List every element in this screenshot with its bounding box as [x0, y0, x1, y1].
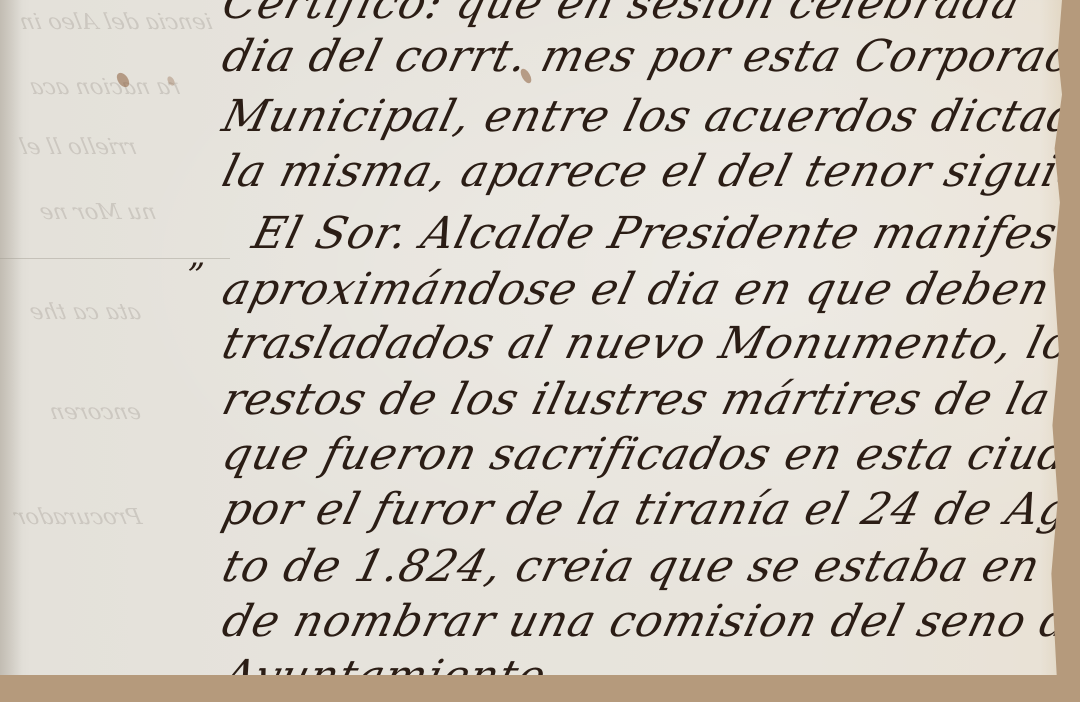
manuscript-line: dia del corrt. mes por esta Corporacion — [218, 35, 1080, 79]
manuscript-line: de nombrar una comision del seno del — [218, 600, 1080, 644]
manuscript-line: trasladados al nuevo Monumento, los — [218, 322, 1080, 366]
ink-stain — [114, 71, 131, 90]
manuscript-line: El Sor. Alcalde Presidente manifestó; qu… — [248, 212, 1080, 256]
opening-quote-mark: „ — [188, 235, 206, 275]
manuscript-line: aproximándose el dia en que deben ser — [218, 268, 1080, 312]
manuscript-line: restos de los ilustres mártires de la Li… — [218, 378, 1080, 422]
manuscript-line: Certifico: que en sesion celebrada — [218, 0, 1025, 26]
manuscript-line: la misma, aparece el del tenor siguiente… — [218, 150, 1080, 194]
bleed-through-text: Procurador — [12, 505, 144, 530]
bleed-through-text: ra nacion aca — [27, 75, 183, 100]
manuscript-line: to de 1.824, creia que se estaba en el c… — [218, 545, 1080, 589]
bleed-through-text: rriello ll el — [17, 135, 139, 160]
manuscript-page: iencia del Aleo in ra nacion aca rriello… — [0, 0, 1062, 675]
bleed-through-text: ata ca the — [27, 300, 143, 325]
manuscript-line: Municipal, entre los acuerdos dictados p… — [218, 95, 1080, 139]
bleed-through-text: nu Mor ne — [37, 200, 158, 225]
ink-stain — [166, 75, 176, 87]
bleed-through-text: encoren — [47, 400, 143, 425]
manuscript-line: Ayuntamiento... — [218, 655, 595, 675]
handwritten-text-block: Certifico: que en sesion celebrada dia d… — [218, 0, 1058, 675]
manuscript-line: que fueron sacrificados en esta ciudad — [218, 433, 1080, 477]
bleed-through-text: iencia del Aleo in — [17, 10, 215, 35]
manuscript-line: por el furor de la tiranía el 24 de Agos — [218, 488, 1080, 532]
